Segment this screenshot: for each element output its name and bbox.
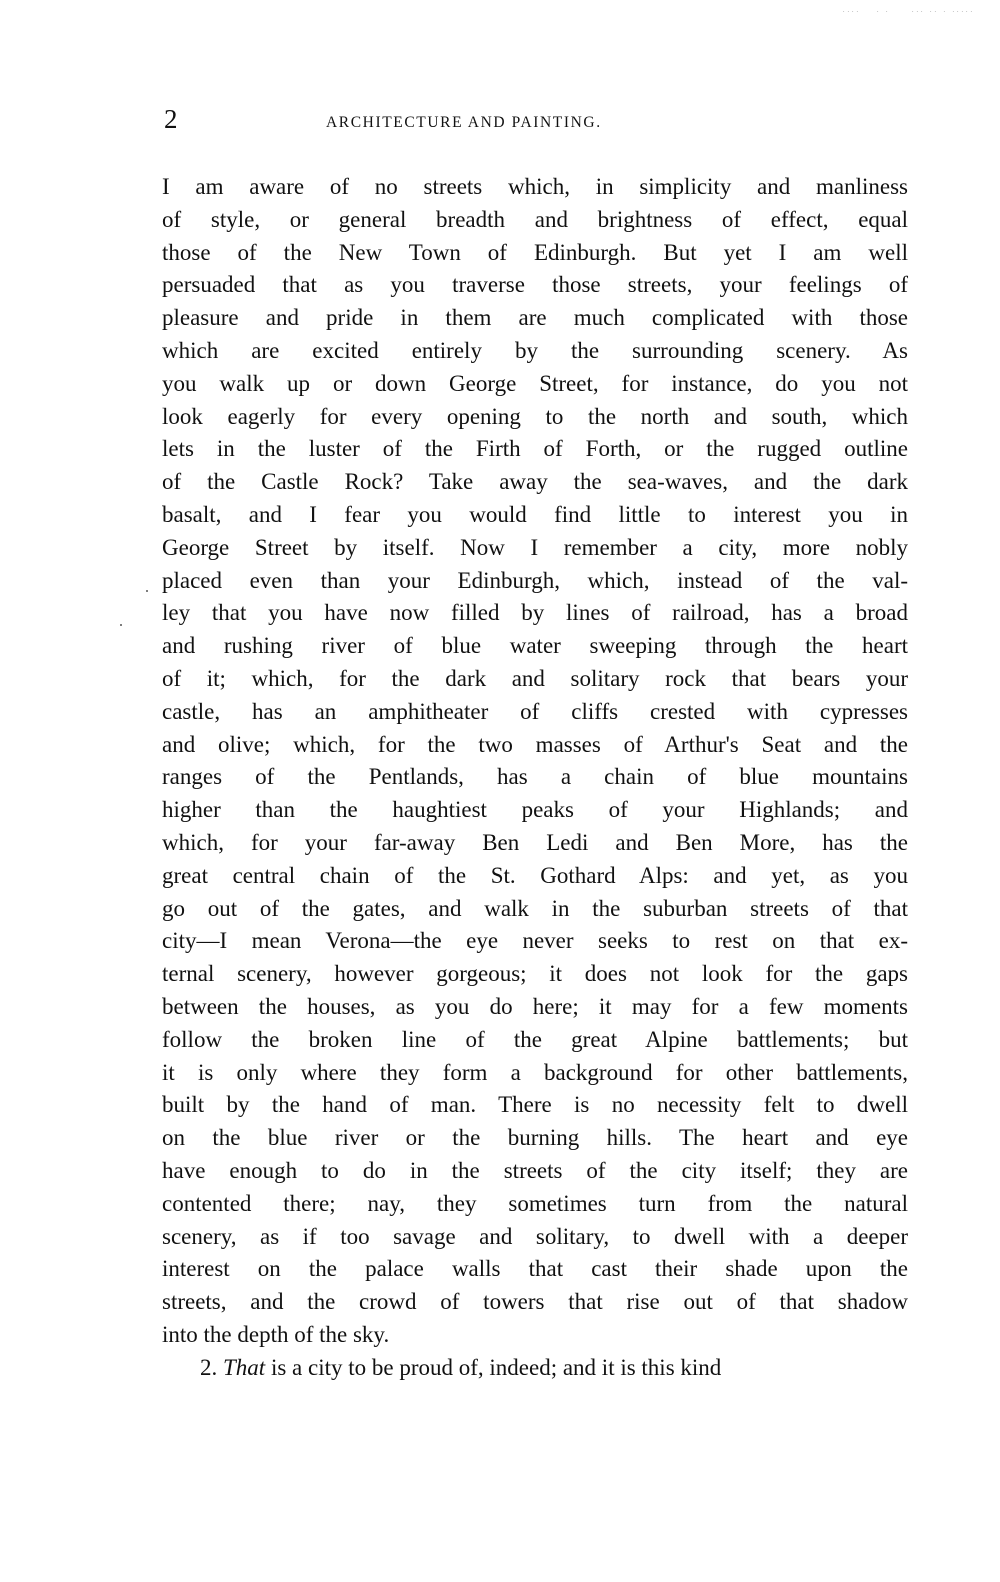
text-line: which are excited entirely by the surrou…: [162, 335, 908, 368]
margin-speck: [146, 590, 148, 592]
page-header: 2 ARCHITECTURE AND PAINTING.: [164, 104, 914, 140]
scan-artifact: . .: [877, 8, 891, 14]
text-line: I am aware of no streets which, in simpl…: [162, 171, 908, 204]
paragraph-number: 2.: [200, 1355, 217, 1380]
text-line: you walk up or down George Street, for i…: [162, 368, 908, 401]
text-line: and olive; which, for the two masses of …: [162, 729, 908, 762]
running-head: ARCHITECTURE AND PAINTING.: [326, 114, 602, 132]
text-line: basalt, and I fear you would find little…: [162, 499, 908, 532]
text-line: persuaded that as you traverse those str…: [162, 269, 908, 302]
paragraph-2-first-line: 2. That is a city to be proud of, indeed…: [162, 1352, 908, 1385]
text-line: ley that you have now filled by lines of…: [162, 597, 908, 630]
text-line: pleasure and pride in them are much comp…: [162, 302, 908, 335]
text-line: great central chain of the St. Gothard A…: [162, 860, 908, 893]
text-line: follow the broken line of the great Alpi…: [162, 1024, 908, 1057]
text-line: interest on the palace walls that cast t…: [162, 1253, 908, 1286]
text-line: scenery, as if too savage and solitary, …: [162, 1221, 908, 1254]
text-line: ternal scenery, however gorgeous; it doe…: [162, 958, 908, 991]
text-line: have enough to do in the streets of the …: [162, 1155, 908, 1188]
text-line: of the Castle Rock? Take away the sea-wa…: [162, 466, 908, 499]
text-line: of style, or general breadth and brightn…: [162, 204, 908, 237]
text-line: lets in the luster of the Firth of Forth…: [162, 433, 908, 466]
book-page: .... . . ... .. . ..... 2 ARCHITECTURE A…: [0, 0, 1000, 1582]
scan-artifact: ....: [843, 8, 861, 14]
text-line: and rushing river of blue water sweeping…: [162, 630, 908, 663]
text-line: of it; which, for the dark and solitary …: [162, 663, 908, 696]
text-line: castle, has an amphitheater of cliffs cr…: [162, 696, 908, 729]
text-line: it is only where they form a background …: [162, 1057, 908, 1090]
text-line: placed even than your Edinburgh, which, …: [162, 565, 908, 598]
text-line: on the blue river or the burning hills. …: [162, 1122, 908, 1155]
text-line: look eagerly for every opening to the no…: [162, 401, 908, 434]
text-line: contented there; nay, they sometimes tur…: [162, 1188, 908, 1221]
body-text: I am aware of no streets which, in simpl…: [162, 171, 908, 1384]
margin-speck: [120, 624, 122, 626]
page-number: 2: [164, 104, 178, 135]
text-line: those of the New Town of Edinburgh. But …: [162, 237, 908, 270]
text-line: George Street by itself. Now I remember …: [162, 532, 908, 565]
text-line: city—I mean Verona—the eye never seeks t…: [162, 925, 908, 958]
text-line: go out of the gates, and walk in the sub…: [162, 893, 908, 926]
text-line: built by the hand of man. There is no ne…: [162, 1089, 908, 1122]
text-line: streets, and the crowd of towers that ri…: [162, 1286, 908, 1319]
text-line: higher than the haughtiest peaks of your…: [162, 794, 908, 827]
scan-artifact: ... .. . .....: [912, 8, 975, 14]
text-line: which, for your far-away Ben Ledi and Be…: [162, 827, 908, 860]
emphasis-text: That: [223, 1355, 265, 1380]
text-line: between the houses, as you do here; it m…: [162, 991, 908, 1024]
paragraph-text: is a city to be proud of, indeed; and it…: [265, 1355, 721, 1380]
text-line: into the depth of the sky.: [162, 1319, 908, 1352]
text-line: ranges of the Pentlands, has a chain of …: [162, 761, 908, 794]
